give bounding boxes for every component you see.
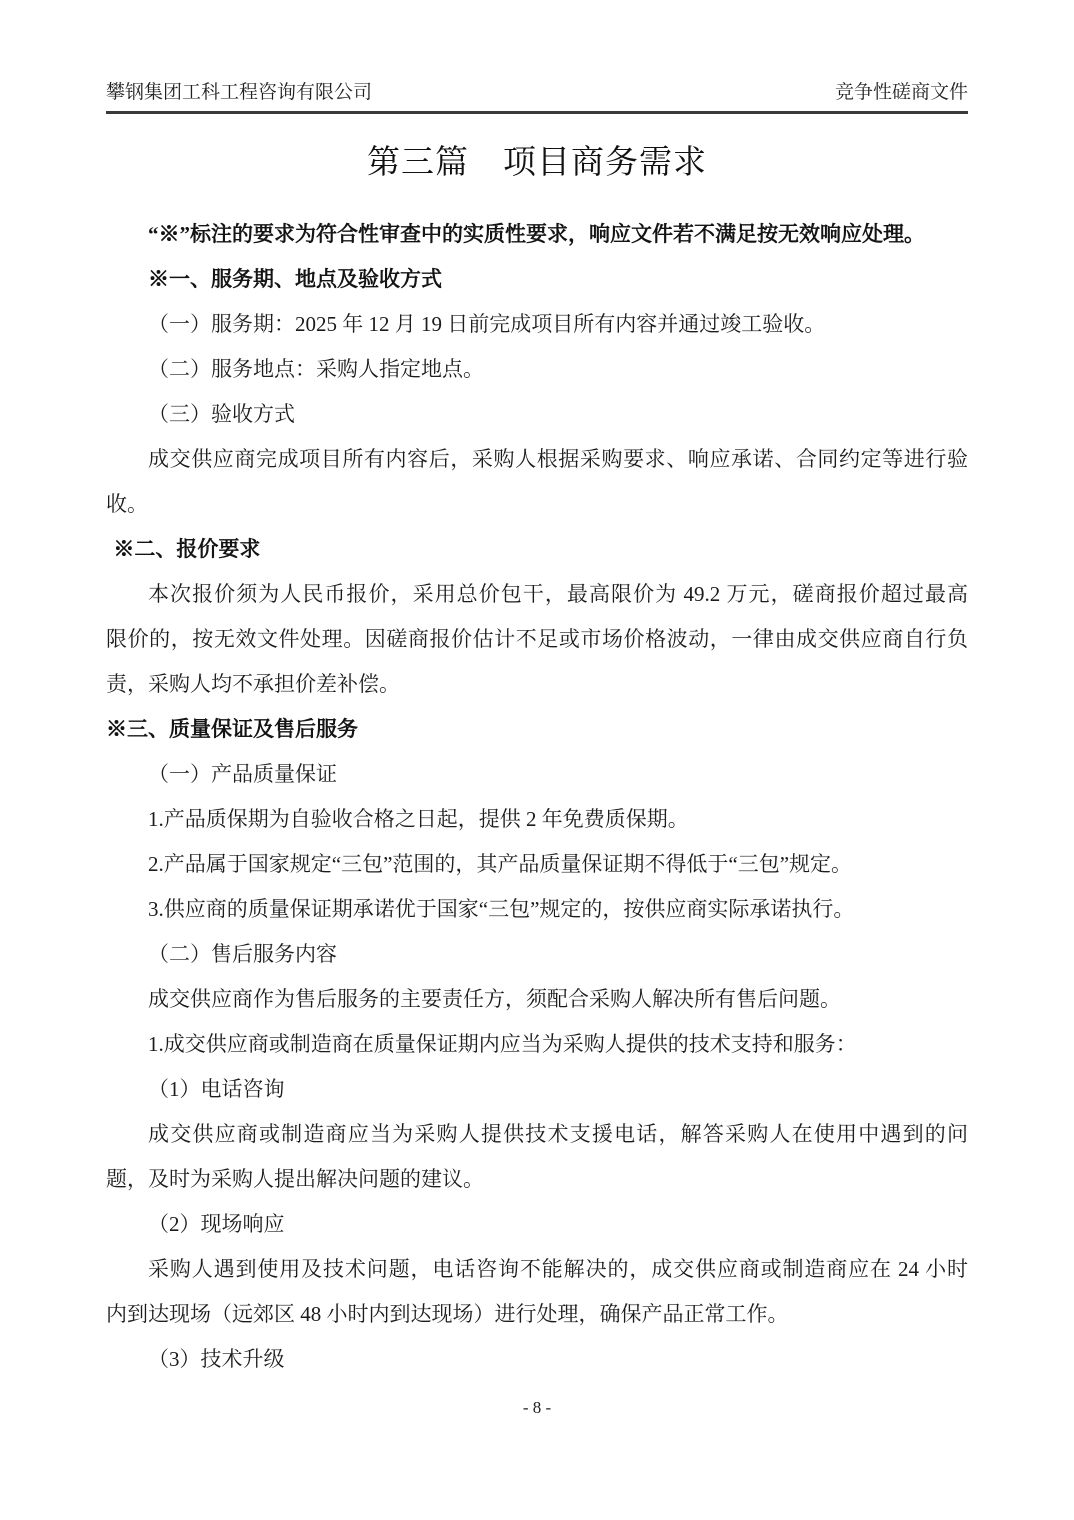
body-line: “※”标注的要求为符合性审查中的实质性要求，响应文件若不满足按无效响应处理。 (106, 212, 968, 257)
body-line: 1.成交供应商或制造商在质量保证期内应当为采购人提供的技术支持和服务： (106, 1022, 968, 1067)
body-line: ※三、质量保证及售后服务 (106, 707, 968, 752)
body-line: （一）服务期：2025 年 12 月 19 日前完成项目所有内容并通过竣工验收。 (106, 302, 968, 347)
body-line: 2.产品属于国家规定“三包”范围的，其产品质量保证期不得低于“三包”规定。 (106, 842, 968, 887)
body-text: “※”标注的要求为符合性审查中的实质性要求，响应文件若不满足按无效响应处理。※一… (106, 212, 968, 1382)
header-rule (106, 111, 968, 114)
body-line: 成交供应商作为售后服务的主要责任方，须配合采购人解决所有售后问题。 (106, 977, 968, 1022)
body-line: 限价的，按无效文件处理。因磋商报价估计不足或市场价格波动，一律由成交供应商自行负 (106, 617, 968, 662)
document-page: 攀钢集团工科工程咨询有限公司 竞争性磋商文件 第三篇 项目商务需求 “※”标注的… (0, 0, 1074, 1520)
body-line: （一）产品质量保证 (106, 752, 968, 797)
body-line: 责，采购人均不承担价差补偿。 (106, 662, 968, 707)
body-line: 内到达现场（远郊区 48 小时内到达现场）进行处理，确保产品正常工作。 (106, 1292, 968, 1337)
body-line: （二）服务地点：采购人指定地点。 (106, 347, 968, 392)
body-line: （1）电话咨询 (106, 1067, 968, 1112)
page-number: - 8 - (0, 1398, 1074, 1418)
body-line: （3）技术升级 (106, 1337, 968, 1382)
body-line: 收。 (106, 482, 968, 527)
body-line: （三）验收方式 (106, 392, 968, 437)
body-line: 成交供应商或制造商应当为采购人提供技术支援电话，解答采购人在使用中遇到的问 (106, 1112, 968, 1157)
body-line: （二）售后服务内容 (106, 932, 968, 977)
page-header: 攀钢集团工科工程咨询有限公司 竞争性磋商文件 (106, 0, 968, 104)
body-line: 采购人遇到使用及技术问题，电话咨询不能解决的，成交供应商或制造商应在 24 小时 (106, 1247, 968, 1292)
header-company-name: 攀钢集团工科工程咨询有限公司 (106, 82, 372, 104)
body-line: 成交供应商完成项目所有内容后，采购人根据采购要求、响应承诺、合同约定等进行验 (106, 437, 968, 482)
body-line: （2）现场响应 (106, 1202, 968, 1247)
body-line: 题，及时为采购人提出解决问题的建议。 (106, 1157, 968, 1202)
header-doc-type: 竞争性磋商文件 (835, 82, 968, 104)
body-line: 1.产品质保期为自验收合格之日起，提供 2 年免费质保期。 (106, 797, 968, 842)
body-line: ※一、服务期、地点及验收方式 (106, 257, 968, 302)
body-line: 3.供应商的质量保证期承诺优于国家“三包”规定的，按供应商实际承诺执行。 (106, 887, 968, 932)
page-title: 第三篇 项目商务需求 (106, 140, 968, 186)
body-line: 本次报价须为人民币报价，采用总价包干，最高限价为 49.2 万元，磋商报价超过最… (106, 572, 968, 617)
body-line: ※二、报价要求 (106, 527, 968, 572)
